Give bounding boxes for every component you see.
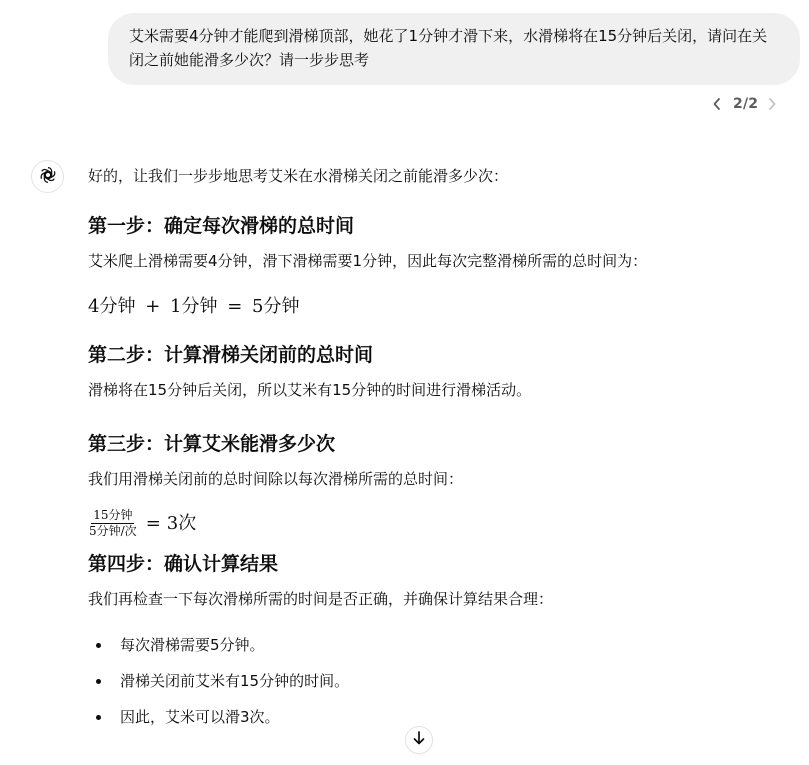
user-message-text: 艾米需要4分钟才能爬到滑梯顶部，她花了1分钟才滑下来，水滑梯将在15分钟后关闭，… [129,27,767,69]
formula-plus: + [145,296,160,317]
formula-term-a: 4分钟 [88,296,135,317]
step-4-heading: 第四步：确认计算结果 [88,550,788,578]
step-1-text: 艾米爬上滑梯需要4分钟，滑下滑梯需要1分钟，因此每次完整滑梯所需的总时间为： [88,249,788,273]
assistant-message: 好的，让我们一步步地思考艾米在水滑梯关闭之前能滑多少次： 第一步：确定每次滑梯的… [88,164,788,729]
check-list: 每次滑梯需要5分钟。 滑梯关闭前艾米有15分钟的时间。 因此，艾米可以滑3次。 [88,633,788,729]
intro-text: 好的，让我们一步步地思考艾米在水滑梯关闭之前能滑多少次： [88,164,788,188]
formula-equals: = [227,296,242,317]
chevron-right-icon[interactable] [764,96,780,112]
formula-equals: = [146,510,161,538]
step-2-text: 滑梯将在15分钟后关闭，所以艾米有15分钟的时间进行滑梯活动。 [88,378,788,402]
user-message-bubble: 艾米需要4分钟才能爬到滑梯顶部，她花了1分钟才滑下来，水滑梯将在15分钟后关闭，… [108,13,800,85]
formula-rides: 15分钟 5分钟/次 = 3次 [88,509,788,538]
response-pager: 2/2 [709,94,780,114]
step-4-text: 我们再检查一下每次滑梯所需的时间是否正确，并确保计算结果合理： [88,587,788,611]
list-item: 滑梯关闭前艾米有15分钟的时间。 [88,669,788,693]
formula-total-time: 4分钟 + 1分钟 = 5分钟 [88,293,788,321]
formula-result: 5分钟 [252,296,299,317]
scroll-to-bottom-button[interactable] [405,726,433,754]
step-1-heading: 第一步：确定每次滑梯的总时间 [88,212,788,240]
fraction-numerator: 15分钟 [91,509,134,524]
assistant-avatar [31,160,64,193]
fraction: 15分钟 5分钟/次 [88,509,138,538]
user-message-row: 艾米需要4分钟才能爬到滑梯顶部，她花了1分钟才滑下来，水滑梯将在15分钟后关闭，… [108,13,800,85]
list-item: 每次滑梯需要5分钟。 [88,633,788,657]
openai-logo-icon [38,165,58,189]
step-2-heading: 第二步：计算滑梯关闭前的总时间 [88,341,788,369]
formula-result: 3次 [167,510,196,538]
chevron-left-icon[interactable] [709,96,725,112]
step-3-heading: 第三步：计算艾米能滑多少次 [88,430,788,458]
fraction-denominator: 5分钟/次 [88,524,138,538]
step-3-text: 我们用滑梯关闭前的总时间除以每次滑梯所需的总时间： [88,467,788,491]
list-item: 因此，艾米可以滑3次。 [88,705,788,729]
arrow-down-icon [412,730,426,750]
pager-count: 2/2 [733,96,758,112]
formula-term-b: 1分钟 [170,296,217,317]
